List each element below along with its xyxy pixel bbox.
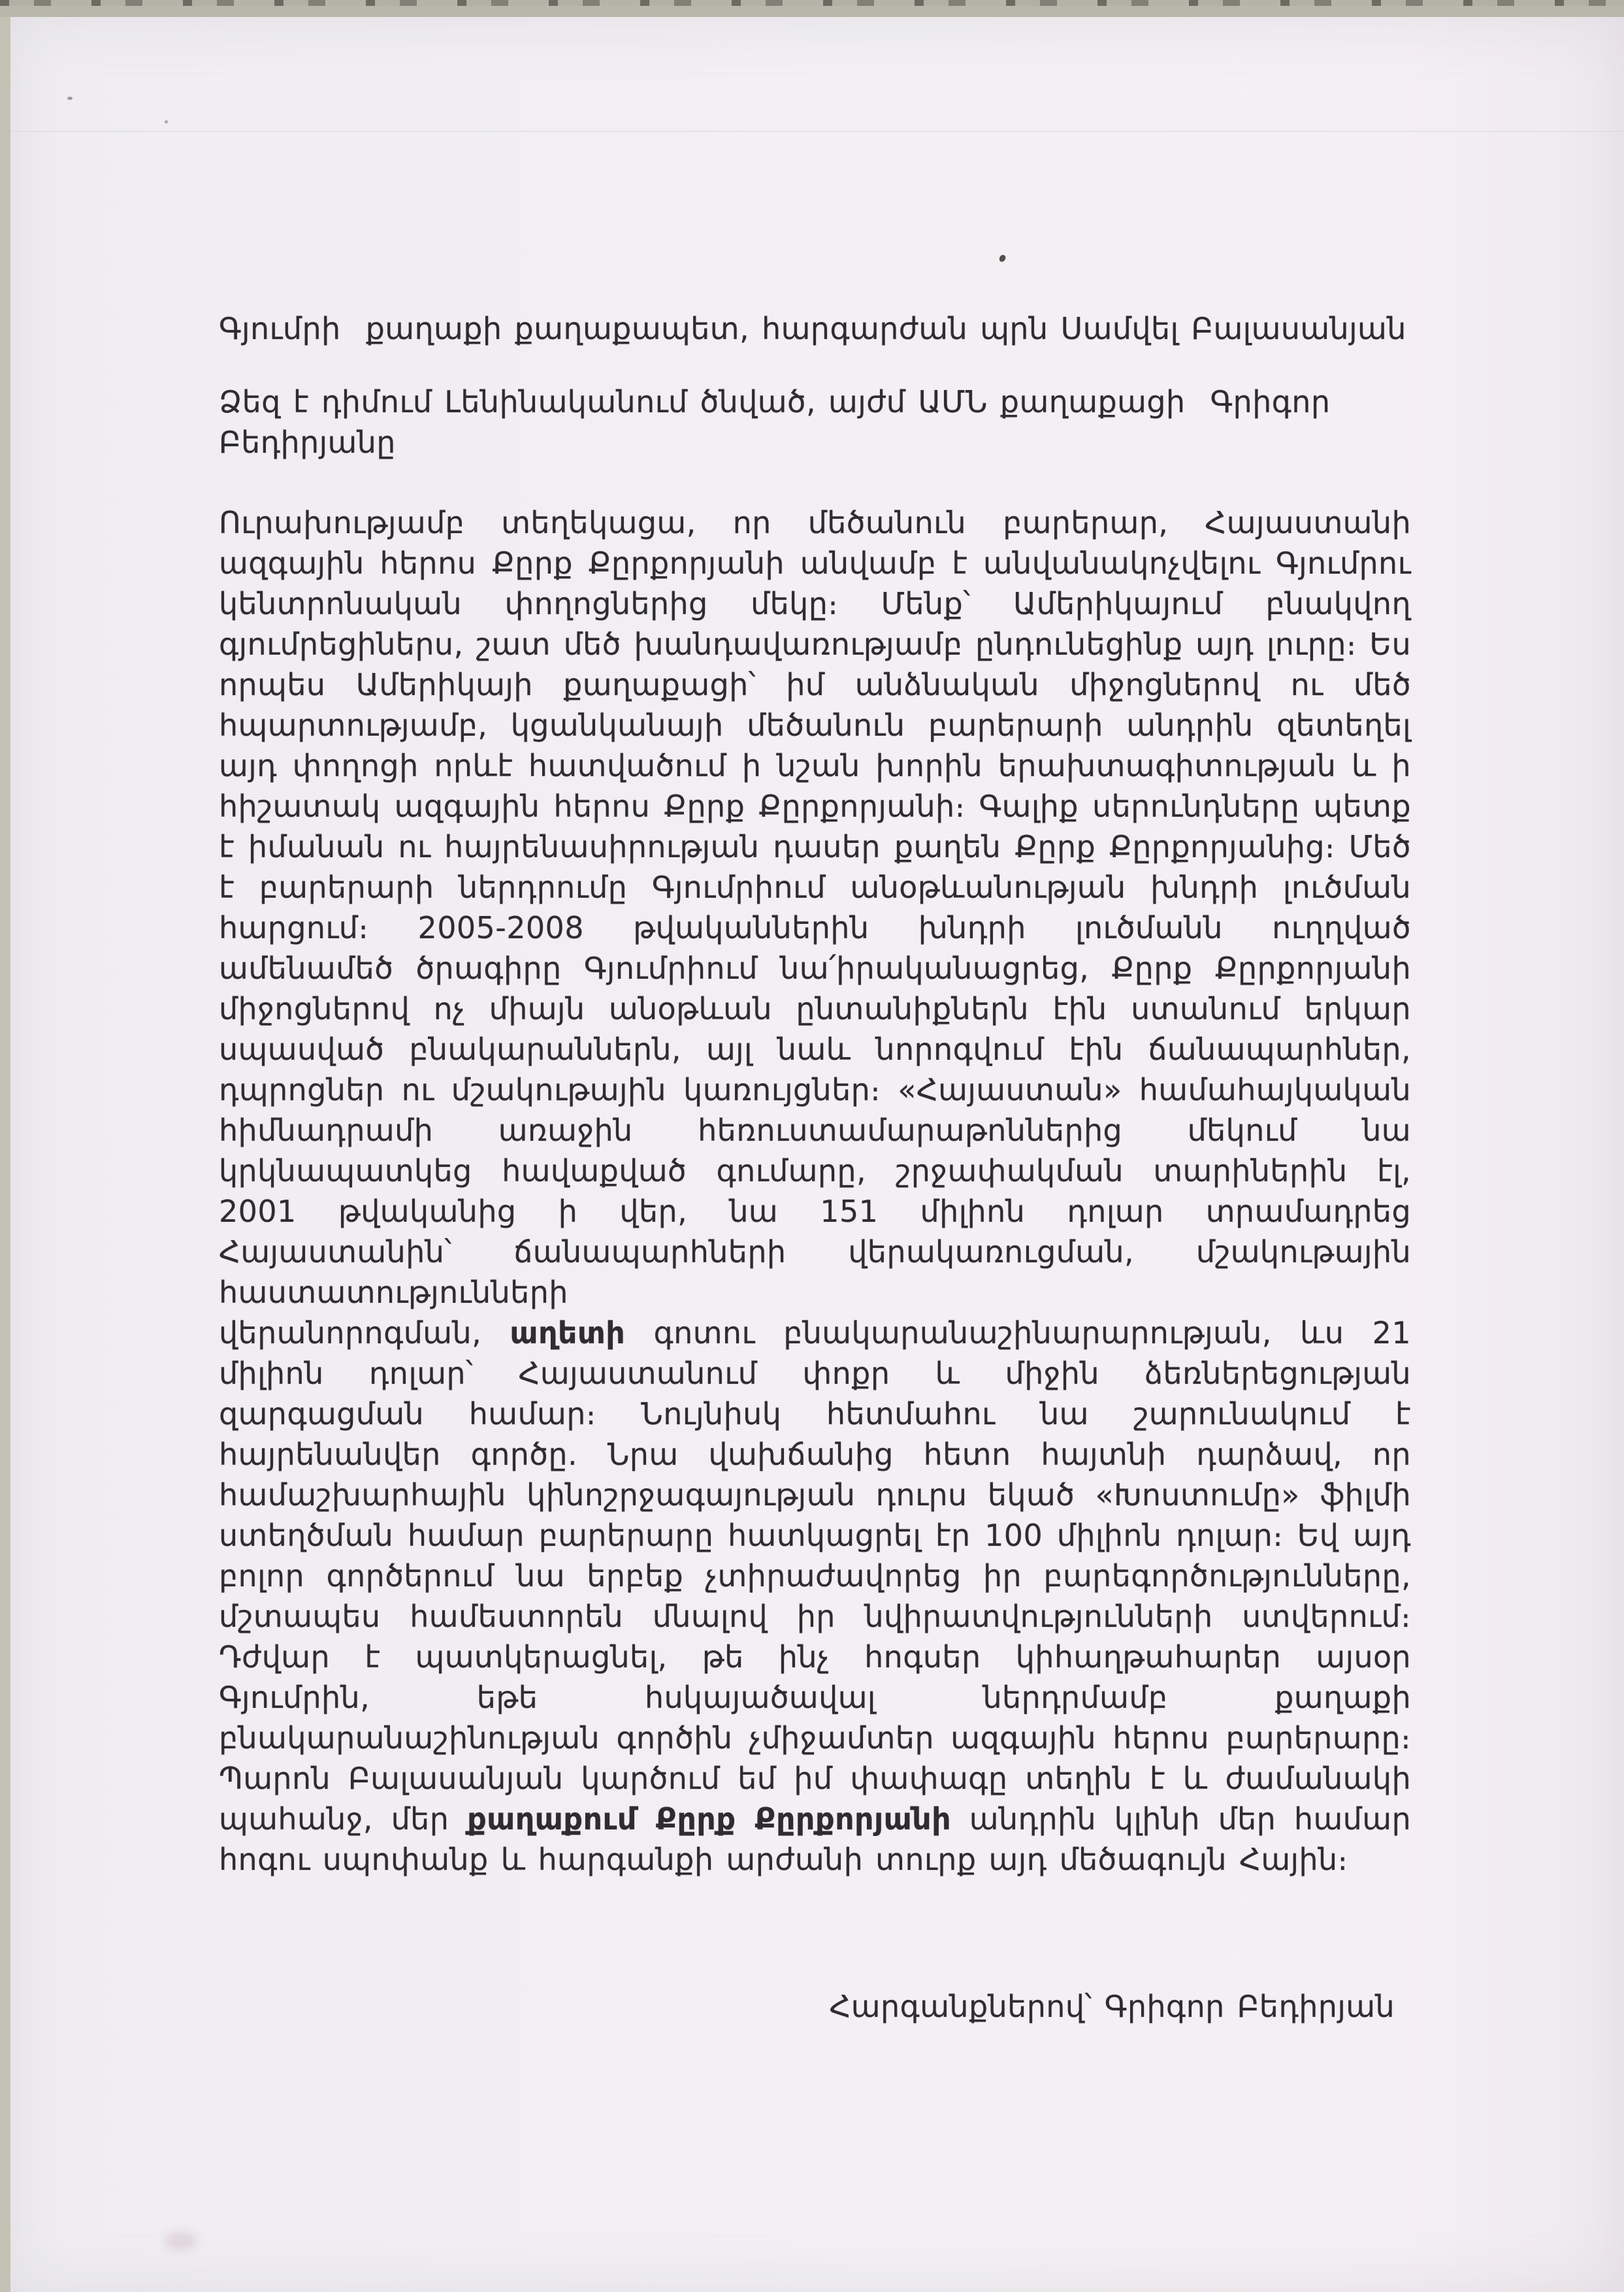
letter-content: Գյումրի քաղաքի քաղաքապետ, հարգարժան պրն … [219, 308, 1411, 2027]
scan-speck [165, 120, 168, 123]
salutation-line: Ձեզ է դիմում Լենինականում ծնված, այժմ ԱՄ… [219, 382, 1411, 463]
body-paragraph-2: վերանորոգման, աղետի գոտու բնակարանաշինար… [219, 1313, 1411, 1880]
paragraph-text: Ուրախությամբ տեղեկացա, որ մեծանուն բարեր… [219, 505, 1411, 1310]
paragraph-text: գոտու բնակարանաշինարարության, ևս 21 միլի… [219, 1315, 1411, 1837]
signature-line: Հարգանքներով՝ Գրիգոր Բեդիրյան [219, 1986, 1411, 2027]
body-paragraph-1: Ուրախությամբ տեղեկացա, որ մեծանուն բարեր… [219, 502, 1411, 1313]
scanned-letter: { "colors": { "ink": "#2e2c2e", "paper":… [0, 0, 1624, 2292]
paragraph-text-bold: աղետի [510, 1315, 625, 1351]
scan-speck [67, 97, 73, 100]
scanner-edge-strip [0, 0, 1624, 17]
paragraph-text: վերանորոգման, [219, 1315, 510, 1351]
paragraph-text-bold: քաղաքում Քըրք Քըրքորյանի [467, 1801, 951, 1837]
paper-crease [10, 131, 1624, 132]
scan-speck [998, 254, 1006, 263]
scan-smudge [165, 2232, 197, 2250]
letter-paper: Գյումրի քաղաքի քաղաքապետ, հարգարժան պրն … [10, 17, 1624, 2292]
recipient-line: Գյումրի քաղաքի քաղաքապետ, հարգարժան պրն … [219, 308, 1411, 349]
